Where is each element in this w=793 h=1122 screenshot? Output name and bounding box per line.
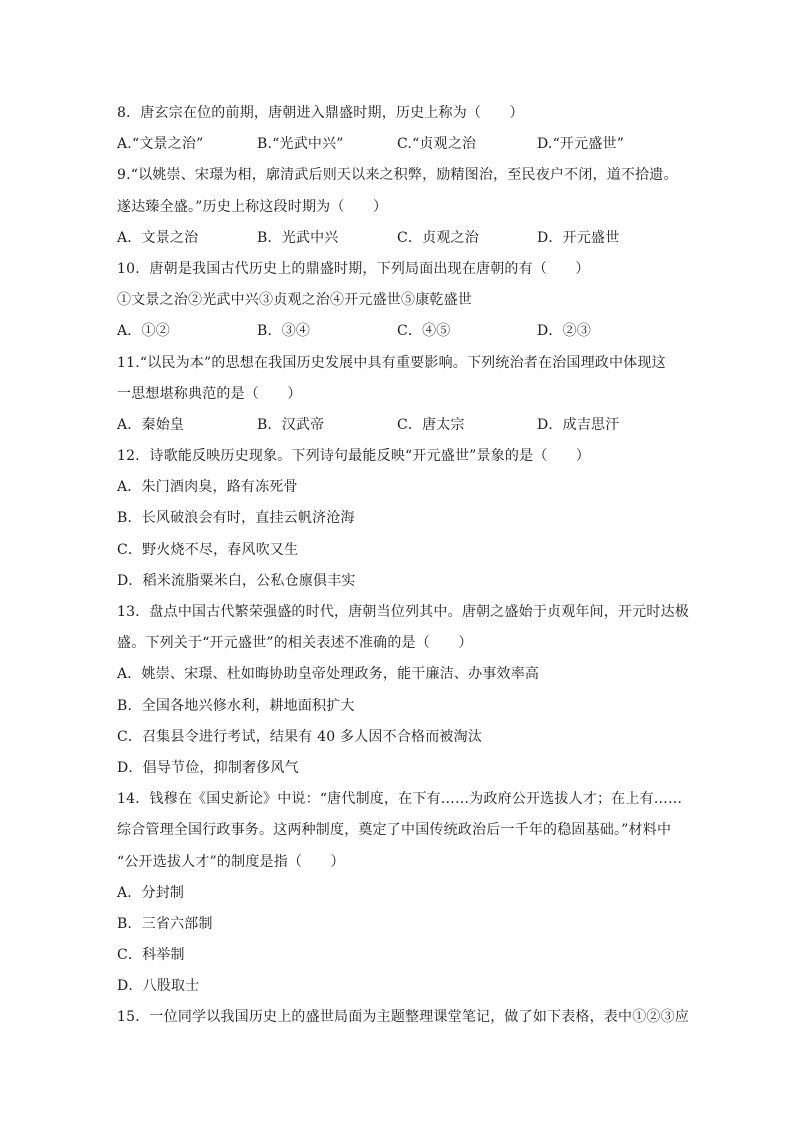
question-13-option-d: D．倡导节俭，抑制奢侈风气	[117, 755, 677, 786]
question-15-stem: 15．一位同学以我国历史上的盛世局面为主题整理课堂笔记，做了如下表格，表中①②③…	[117, 1004, 677, 1035]
question-12-option-a: A．朱门酒肉臭，路有冻死骨	[117, 474, 677, 505]
question-11-options: A．秦始皇 B．汉武帝 C．唐太宗 D．成吉思汗	[117, 412, 677, 443]
option-c: C.“贞观之治	[397, 131, 537, 162]
option-d: D.“开元盛世”	[537, 131, 624, 162]
question-10-stem-line-1: 10．唐朝是我国古代历史上的鼎盛时期，下列局面出现在唐朝的有（ ）	[117, 256, 677, 287]
question-14-option-b: B．三省六部制	[117, 911, 677, 942]
question-13-stem-line-1: 13．盘点中国古代繁荣强盛的时代，唐朝当位列其中。唐朝之盛始于贞观年间，开元时达…	[117, 599, 677, 630]
option-b: B．汉武帝	[257, 412, 397, 443]
option-b: B．光武中兴	[257, 225, 397, 256]
question-13-option-a: A．姚崇、宋璟、杜如晦协助皇帝处理政务，能干廉洁、办事效率高	[117, 661, 677, 692]
option-a: A．秦始皇	[117, 412, 257, 443]
question-14-stem-line-1: 14．钱穆在《国史新论》中说：“唐代制度，在下有……为政府公开选拔人才；在上有……	[117, 786, 677, 817]
question-12-option-c: C．野火烧不尽，春风吹又生	[117, 537, 677, 568]
option-b: B.“光武中兴”	[257, 131, 397, 162]
question-9-stem-line-2: 遂达臻全盛。”历史上称这段时期为（ ）	[117, 194, 677, 225]
question-14-option-d: D．八股取士	[117, 973, 677, 1004]
option-d: D．②③	[537, 318, 591, 349]
question-11-stem-line-2: 一思想堪称典范的是（ ）	[117, 381, 677, 412]
question-14-stem-line-3: “公开选拔人才”的制度是指（ ）	[117, 849, 677, 880]
question-12-option-d: D．稻米流脂粟米白，公私仓廪俱丰实	[117, 568, 677, 599]
question-12-option-b: B．长风破浪会有时，直挂云帆济沧海	[117, 505, 677, 536]
exam-page: 8．唐玄宗在位的前期，唐朝进入鼎盛时期，历史上称为（ ） A.“文景之治” B.…	[117, 100, 677, 1036]
question-14-option-c: C．科举制	[117, 942, 677, 973]
option-d: D．成吉思汗	[537, 412, 619, 443]
question-8-stem: 8．唐玄宗在位的前期，唐朝进入鼎盛时期，历史上称为（ ）	[117, 100, 677, 131]
question-12-stem: 12．诗歌能反映历史现象。下列诗句最能反映“开元盛世”景象的是（ ）	[117, 443, 677, 474]
option-c: C．唐太宗	[397, 412, 537, 443]
question-9-options: A．文景之治 B．光武中兴 C．贞观之治 D．开元盛世	[117, 225, 677, 256]
question-10-options: A．①② B．③④ C．④⑤ D．②③	[117, 318, 677, 349]
question-8-options: A.“文景之治” B.“光武中兴” C.“贞观之治 D.“开元盛世”	[117, 131, 677, 162]
question-13-stem-line-2: 盛。下列关于“开元盛世”的相关表述不准确的是（ ）	[117, 630, 677, 661]
question-13-option-b: B．全国各地兴修水利，耕地面积扩大	[117, 693, 677, 724]
option-a: A．文景之治	[117, 225, 257, 256]
option-a: A.“文景之治”	[117, 131, 257, 162]
question-9-stem-line-1: 9.“以姚崇、宋璟为相，廓清武后则天以来之积弊，励精图治，至民夜户不闭，道不拾遗…	[117, 162, 677, 193]
question-11-stem-line-1: 11.“以民为本”的思想在我国历史发展中具有重要影响。下列统治者在治国理政中体现…	[117, 350, 677, 381]
option-d: D．开元盛世	[537, 225, 619, 256]
question-14-option-a: A．分封制	[117, 880, 677, 911]
question-14-stem-line-2: 综合管理全国行政事务。这两种制度，奠定了中国传统政治后一千年的稳固基础。”材料中	[117, 817, 677, 848]
option-c: C．④⑤	[397, 318, 537, 349]
option-a: A．①②	[117, 318, 257, 349]
question-13-option-c: C．召集县令进行考试，结果有 40 多人因不合格而被淘汰	[117, 724, 677, 755]
question-10-stem-line-2: ①文景之治②光武中兴③贞观之治④开元盛世⑤康乾盛世	[117, 287, 677, 318]
option-c: C．贞观之治	[397, 225, 537, 256]
option-b: B．③④	[257, 318, 397, 349]
